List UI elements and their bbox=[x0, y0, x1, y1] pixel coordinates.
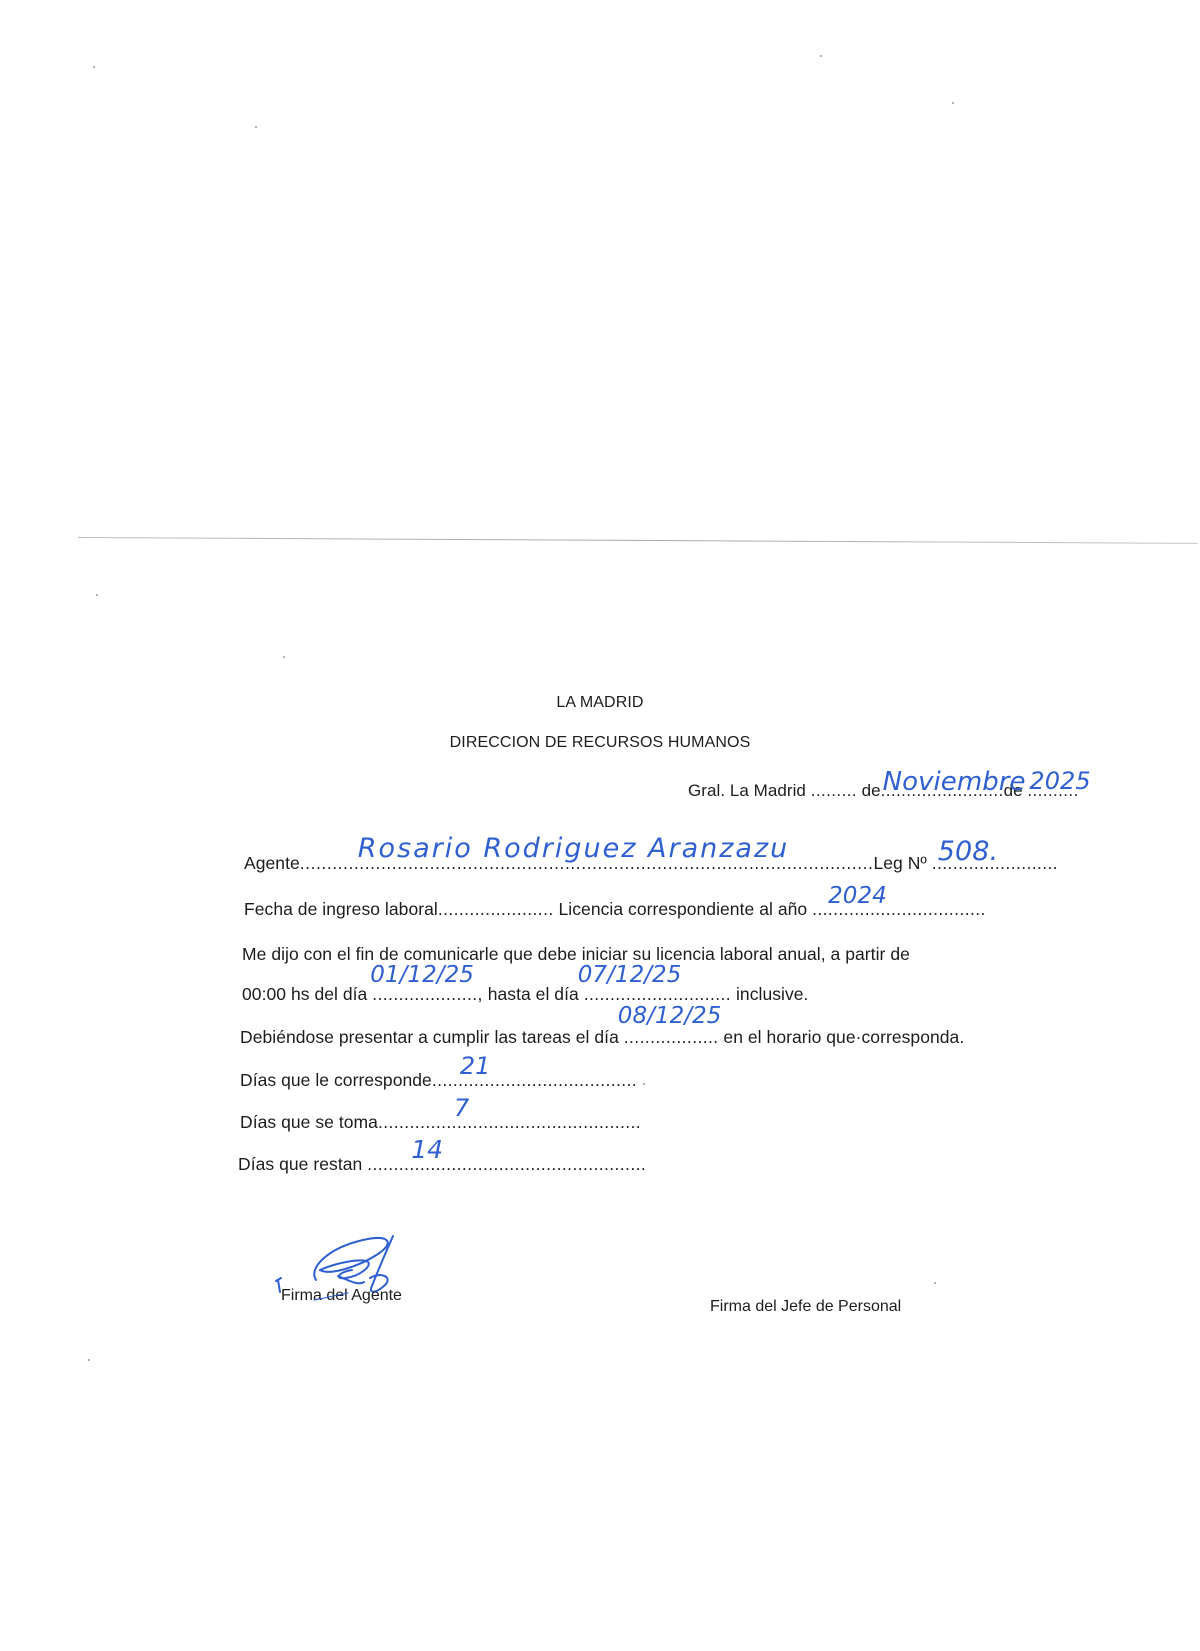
agent-line: Agente..................................… bbox=[244, 853, 1058, 874]
de-label: de bbox=[862, 781, 881, 800]
days-corresponding-line: Días que le corresponde.................… bbox=[240, 1070, 637, 1091]
from-date-handwritten: 01/12/25 bbox=[370, 962, 474, 988]
agent-label: Agente bbox=[244, 853, 300, 873]
agent-name-field[interactable]: ........................................… bbox=[300, 853, 874, 874]
month-field[interactable]: ........................Noviembre bbox=[881, 781, 1004, 801]
ingreso-date-field[interactable]: ...................... bbox=[438, 899, 554, 919]
day-field[interactable]: ......... bbox=[811, 781, 857, 800]
date-prefix: Gral. La Madrid bbox=[688, 781, 806, 800]
days-corresponding-field[interactable]: .......................................2… bbox=[432, 1070, 637, 1091]
days-remaining-line: Días que restan ........................… bbox=[238, 1154, 646, 1175]
date-line: Gral. La Madrid ......... de............… bbox=[688, 781, 1079, 801]
to-date-handwritten: 07/12/25 bbox=[578, 962, 682, 988]
scan-speck bbox=[88, 1359, 90, 1361]
scan-speck bbox=[934, 1282, 936, 1284]
organization-title: LA MADRID bbox=[0, 694, 1200, 712]
to-label: hasta el día bbox=[488, 984, 579, 1004]
scan-speck bbox=[820, 55, 822, 57]
scan-speck bbox=[283, 656, 285, 658]
scan-speck bbox=[96, 594, 98, 596]
return-date-handwritten: 08/12/25 bbox=[618, 1003, 722, 1029]
from-date-field[interactable]: ....................,01/12/25 bbox=[372, 984, 483, 1005]
days-label: Días que se toma bbox=[240, 1112, 378, 1132]
leg-number-field[interactable]: ........................508. bbox=[932, 853, 1058, 874]
year-handwritten: 2025 bbox=[1029, 767, 1090, 795]
from-prefix: 00:00 hs del día bbox=[242, 984, 367, 1004]
days-label: Días que le corresponde bbox=[240, 1070, 432, 1090]
days-taken-handwritten: 7 bbox=[454, 1094, 469, 1122]
scan-speck bbox=[643, 1083, 645, 1085]
paragraph-line-1: Me dijo con el fin de comunicarle que de… bbox=[242, 944, 910, 965]
department-title: DIRECCION DE RECURSOS HUMANOS bbox=[0, 734, 1200, 752]
days-remaining-handwritten: 14 bbox=[411, 1135, 443, 1164]
agent-signature-label: Firma del Agente bbox=[281, 1287, 402, 1305]
days-corresponding-handwritten: 21 bbox=[460, 1052, 491, 1080]
licencia-year-field[interactable]: .................................2024 bbox=[812, 899, 986, 920]
scan-speck bbox=[952, 102, 954, 104]
page-divider-line bbox=[78, 537, 1198, 544]
ingreso-label: Fecha de ingreso laboral bbox=[244, 899, 438, 919]
year-field[interactable]: ..........2025 bbox=[1027, 781, 1078, 801]
leg-label: Leg Nº bbox=[873, 853, 926, 873]
leg-number-handwritten: 508. bbox=[938, 836, 998, 867]
days-taken-line: Días que se toma........................… bbox=[240, 1112, 641, 1133]
to-date-field[interactable]: ............................07/12/25 bbox=[584, 984, 731, 1005]
ingreso-line: Fecha de ingreso laboral................… bbox=[244, 899, 986, 920]
agent-name-handwritten: Rosario Rodriguez Aranzazu bbox=[358, 833, 789, 864]
days-taken-field[interactable]: ........................................… bbox=[378, 1112, 641, 1133]
paragraph-line-2: 00:00 hs del día ....................,01… bbox=[242, 984, 808, 1005]
licencia-year-handwritten: 2024 bbox=[828, 883, 887, 909]
scan-speck bbox=[93, 66, 95, 68]
return-suffix: en el horario que·corresponda. bbox=[723, 1027, 964, 1047]
inclusive-label: inclusive. bbox=[736, 984, 808, 1004]
return-line: Debiéndose presentar a cumplir las tarea… bbox=[240, 1027, 964, 1048]
licencia-label: Licencia correspondiente al año bbox=[559, 899, 808, 919]
chief-signature-label: Firma del Jefe de Personal bbox=[710, 1298, 901, 1316]
days-remaining-field[interactable]: ........................................… bbox=[367, 1154, 646, 1175]
return-prefix: Debiéndose presentar a cumplir las tarea… bbox=[240, 1027, 619, 1047]
days-label: Días que restan bbox=[238, 1154, 362, 1174]
scan-speck bbox=[255, 126, 257, 128]
return-date-field[interactable]: ..................08/12/25 bbox=[624, 1027, 719, 1048]
month-handwritten: Noviembre bbox=[883, 767, 1026, 797]
